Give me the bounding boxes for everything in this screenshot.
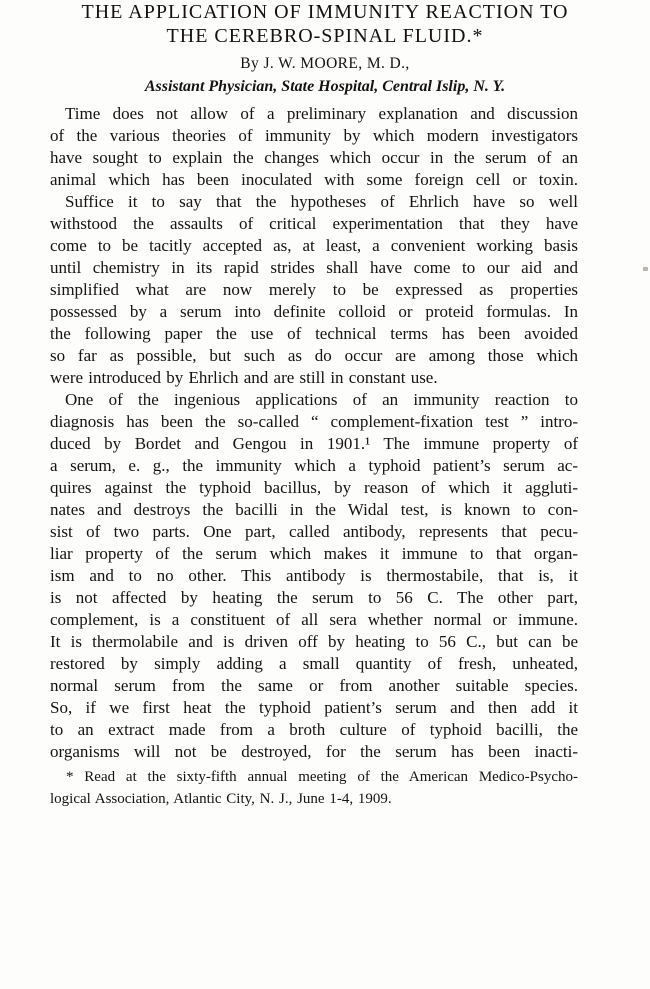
text-line: sist of two parts. One part, called anti… xyxy=(50,521,578,543)
text-line: One of the ingenious applications of an … xyxy=(50,389,578,411)
text-line: logical Association, Atlantic City, N. J… xyxy=(50,788,578,810)
text-line: normal serum from the same or from anoth… xyxy=(50,675,578,697)
text-line: have sought to explain the changes which… xyxy=(50,147,578,169)
scanned-page: THE APPLICATION OF IMMUNITY REACTION TO … xyxy=(0,0,650,989)
text-line: ism and to no other. This antibody is th… xyxy=(50,565,578,587)
text-line: Suffice it to say that the hypotheses of… xyxy=(50,191,578,213)
text-line: to an extract made from a broth culture … xyxy=(50,719,578,741)
page-title: THE APPLICATION OF IMMUNITY REACTION TO … xyxy=(30,1,620,48)
text-line: possessed by a serum into definite collo… xyxy=(50,301,578,323)
article-body: Time does not allow of a preliminary exp… xyxy=(50,103,578,763)
text-line: the following paper the use of technical… xyxy=(50,323,578,345)
footnote: * Read at the sixty-fifth annual meeting… xyxy=(50,766,578,810)
text-line: so far as possible, but such as do occur… xyxy=(50,345,578,367)
scan-artifact xyxy=(643,267,648,271)
text-line: organisms will not be destroyed, for the… xyxy=(50,741,578,763)
text-line: were introduced by Ehrlich and are still… xyxy=(50,367,578,389)
text-line: liar property of the serum which makes i… xyxy=(50,543,578,565)
text-line: duced by Bordet and Gengou in 1901.¹ The… xyxy=(50,433,578,455)
article-header: THE APPLICATION OF IMMUNITY REACTION TO … xyxy=(30,0,620,96)
text-line: is not affected by heating the serum to … xyxy=(50,587,578,609)
text-line: simplified what are now merely to be exp… xyxy=(50,279,578,301)
text-line: quires against the typhoid bacillus, by … xyxy=(50,477,578,499)
text-line: complement, is a constituent of all sera… xyxy=(50,609,578,631)
text-line: a serum, e. g., the immunity which a typ… xyxy=(50,455,578,477)
text-line: It is thermolabile and is driven off by … xyxy=(50,631,578,653)
text-line: nates and destroys the bacilli in the Wi… xyxy=(50,499,578,521)
text-line: So, if we first heat the typhoid patient… xyxy=(50,697,578,719)
byline: By J. W. MOORE, M. D., xyxy=(30,55,620,73)
text-line: of the various theories of immunity by w… xyxy=(50,125,578,147)
text-line: diagnosis has been the so-called “ compl… xyxy=(50,411,578,433)
text-line: * Read at the sixty-fifth annual meeting… xyxy=(50,766,578,788)
author-affiliation: Assistant Physician, State Hospital, Cen… xyxy=(30,77,620,96)
text-line: Time does not allow of a preliminary exp… xyxy=(50,103,578,125)
text-line: withstood the assaults of critical exper… xyxy=(50,213,578,235)
text-line: come to be tacitly accepted as, at least… xyxy=(50,235,578,257)
text-line: animal which has been inoculated with so… xyxy=(50,169,578,191)
text-line: until chemistry in its rapid strides sha… xyxy=(50,257,578,279)
title-line-2: THE CEREBRO-SPINAL FLUID.* xyxy=(30,25,620,49)
title-line-1: THE APPLICATION OF IMMUNITY REACTION TO xyxy=(30,1,620,25)
text-line: restored by simply adding a small quanti… xyxy=(50,653,578,675)
